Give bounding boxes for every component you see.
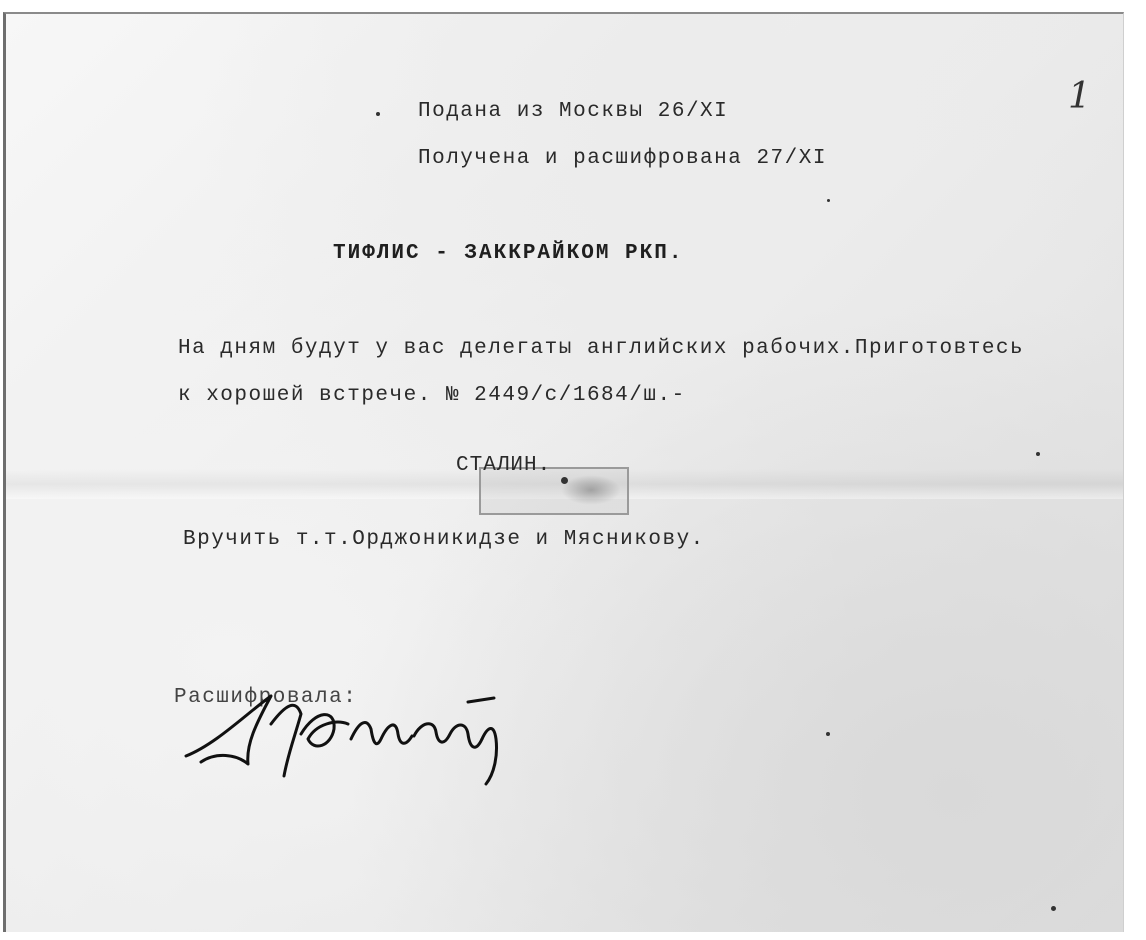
sent-from-line: Подана из Москвы 26/XI (418, 100, 728, 123)
typed-signature: СТАЛИН. (456, 454, 551, 477)
ink-speck (827, 199, 830, 202)
telegram-sheet: 1 Подана из Москвы 26/XI Получена и расш… (3, 12, 1124, 932)
message-line-2: к хорошей встрече. № 2449/с/1684/ш.- (178, 384, 686, 407)
ink-speck (826, 732, 830, 736)
delivery-instruction: Вручить т.т.Орджоникидзе и Мясникову. (183, 528, 705, 551)
stamp-emblem-icon (561, 475, 621, 505)
handwritten-signature-icon (176, 684, 536, 794)
received-decoded-line: Получена и расшифрована 27/XI (418, 147, 827, 170)
ink-speck (1036, 452, 1040, 456)
page-number: 1 (1068, 76, 1091, 117)
ink-speck (561, 477, 568, 484)
ink-speck (376, 112, 380, 116)
message-line-1: На дням будут у вас делегаты английских … (178, 337, 1024, 360)
addressee-line: ТИФЛИС - ЗАККРАЙКОМ РКП. (333, 242, 683, 265)
ink-speck (1051, 906, 1056, 911)
